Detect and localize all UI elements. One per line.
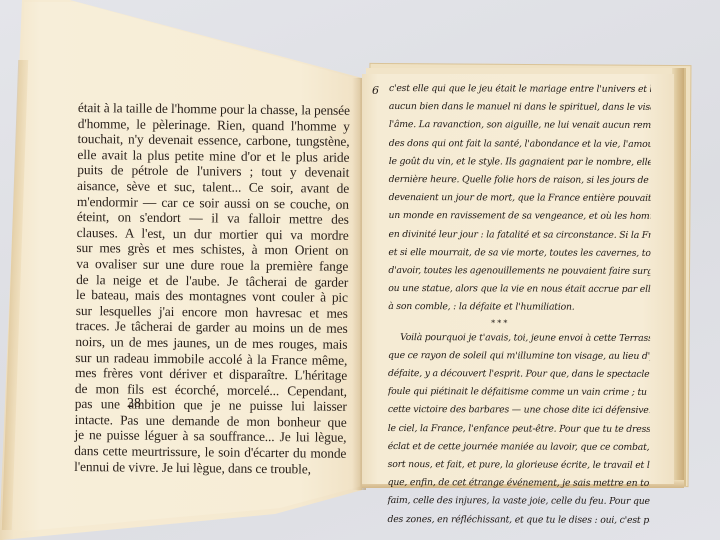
book-photo-scene: était à la taille de l'homme pour la cha… xyxy=(0,0,720,540)
manuscript-line: éclat et de cette journée maniée au lavo… xyxy=(388,438,650,457)
manuscript-line: en divinité leur jour : la fatalité et s… xyxy=(388,226,650,245)
manuscript-line: que, enfin, de cet étrange événement, je… xyxy=(388,474,650,493)
printed-line: l'ennui de vivre. Je lui lègue, dans ce … xyxy=(74,459,346,477)
manuscript-line: devenaient un jour de mort, que la Franc… xyxy=(389,189,651,208)
manuscript-line: que ce rayon de soleil qui m'illumine to… xyxy=(388,347,650,366)
handwritten-manuscript: c'est elle qui que le jeu était le maria… xyxy=(387,80,651,530)
manuscript-line: aucun bien dans le manuel ni dans le spi… xyxy=(389,98,651,117)
manuscript-line: l'âme. La ravanction, son aiguille, ne l… xyxy=(389,116,651,135)
manuscript-line: un monde en ravissement de sa vengeance,… xyxy=(388,207,650,226)
manuscript-line: faim, celle des injures, la vaste joie, … xyxy=(387,492,649,511)
manuscript-line: des zones, en réfléchissant, et que tu l… xyxy=(387,511,649,530)
printed-text-block: était à la taille de l'homme pour la cha… xyxy=(74,100,350,477)
page-number: 28 xyxy=(127,396,141,412)
manuscript-line: le goût du vin, et le style. Ils gagnaie… xyxy=(389,153,651,172)
section-separator-asterism: * * * xyxy=(388,317,650,330)
manuscript-line: ou une statue, alors que la vie en nous … xyxy=(388,280,650,299)
manuscript-line: des dons qui ont fait la santé, l'abonda… xyxy=(389,135,651,154)
manuscript-line: Voilà pourquoi je t'avais, toi, jeune en… xyxy=(388,329,650,348)
manuscript-line: sort nous, et fait, et pure, la glorieus… xyxy=(388,456,650,475)
manuscript-line: et si elle mourrait, de sa vie morte, to… xyxy=(388,244,650,263)
manuscript-line: à son comble, : la défaite et l'humiliat… xyxy=(388,298,650,317)
manuscript-line: dernière heure. Quelle folie hors de rai… xyxy=(389,171,651,190)
manuscript-line: le ciel, la France, l'enfance peut-être.… xyxy=(388,420,650,439)
manuscript-line: c'est elle qui que le jeu était le maria… xyxy=(389,80,651,99)
manuscript-line: d'avoir, toutes les agenouillements ne p… xyxy=(388,262,650,281)
manuscript-folio-number: 6 xyxy=(372,84,379,97)
manuscript-line: cette victoire des barbares — une chose … xyxy=(388,401,650,420)
manuscript-line: foule qui piétinait le défaitisme comme … xyxy=(388,383,650,402)
manuscript-line: défaite, y a découvert l'esprit. Pour qu… xyxy=(388,365,650,384)
